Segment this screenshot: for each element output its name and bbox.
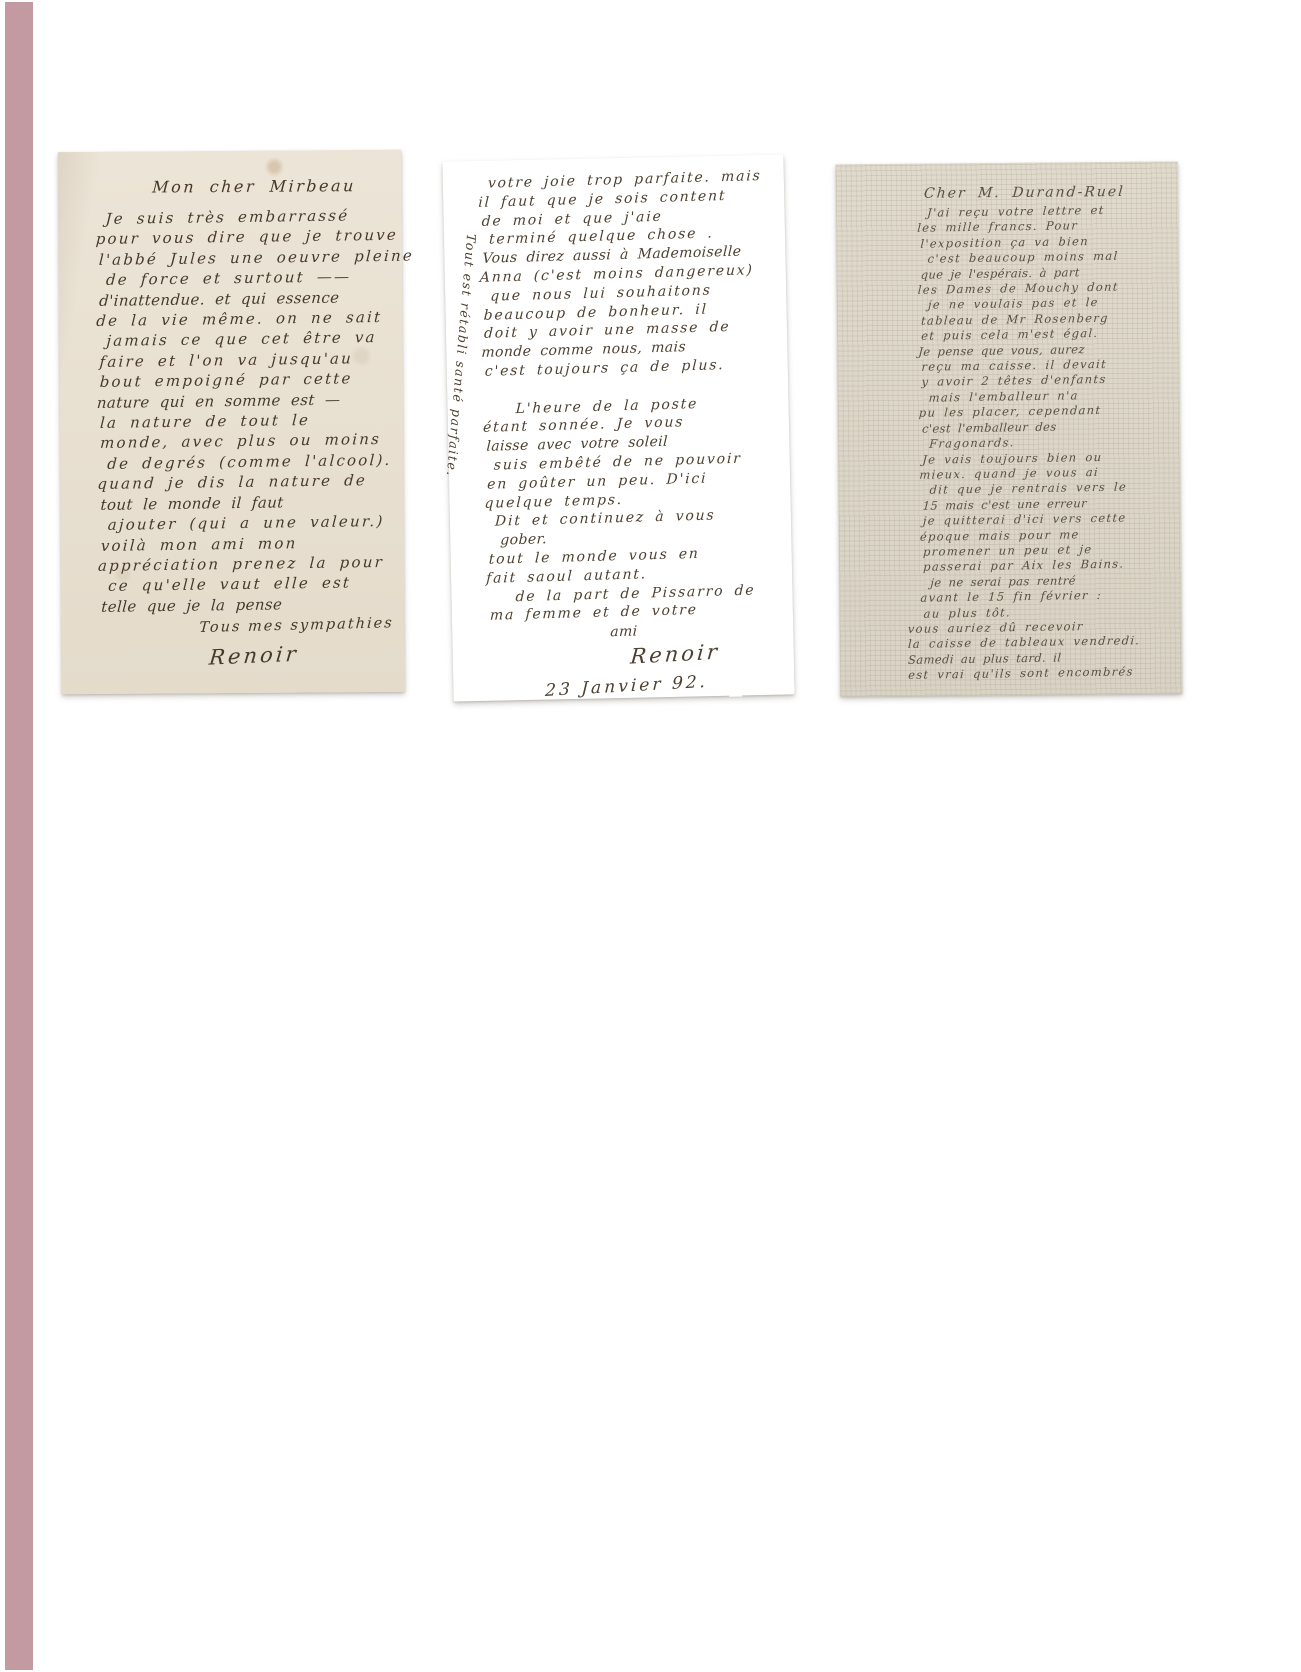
handwritten-line: telle que je la pense: [101, 593, 395, 618]
letter-closing: Tous mes sympathies: [199, 615, 405, 636]
handwritten-line: est vrai qu'ils sont encombrés: [908, 664, 1179, 684]
letter-date: 23 Janvier 92.: [545, 667, 796, 701]
letter-durand-ruel: Cher M. Durand-Ruel J'ai reçu votre lett…: [836, 162, 1183, 697]
letter-heading: Cher M. Durand-Ruel: [923, 184, 1178, 202]
signature: Renoir: [208, 638, 406, 670]
accent-bar: [5, 2, 33, 1670]
letter-continuation: Tout est rétabli santé parfaite. votre j…: [442, 154, 794, 701]
letter-heading: Mon cher Mirbeau: [152, 176, 402, 197]
letter-body: J'ai reçu votre lettre etles mille franc…: [836, 202, 1182, 685]
letter-body: votre joie trop parfaite. maisil faut qu…: [442, 154, 793, 645]
letter-body: Je suis très embarrassépour vous dire qu…: [58, 199, 404, 618]
letter-mirbeau: Mon cher Mirbeau Je suis très embarrassé…: [58, 150, 405, 694]
